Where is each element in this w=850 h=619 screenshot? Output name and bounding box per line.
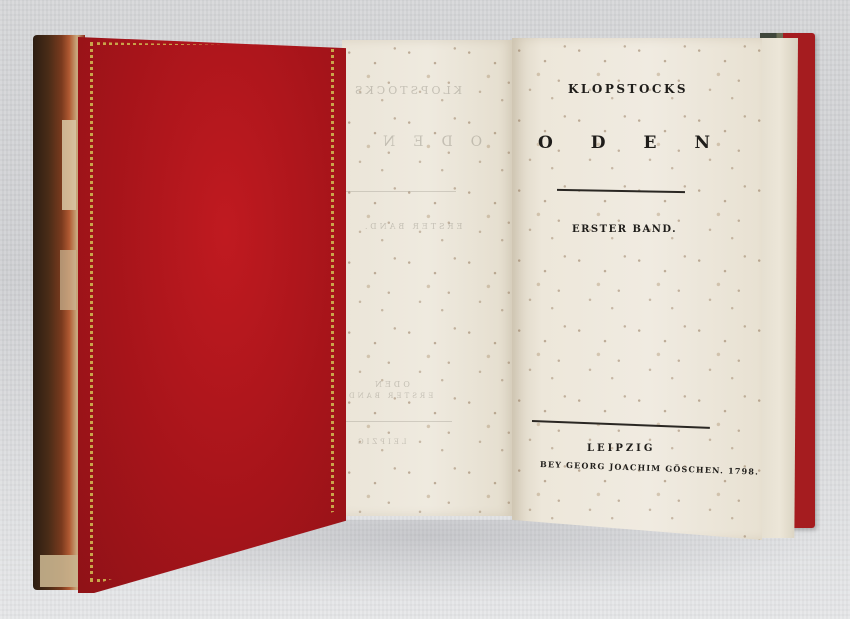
book-title: ODEN [538,133,748,153]
gilt-border [90,42,334,582]
spine-wear [60,250,76,310]
place-of-publication: LEIPZIG [587,443,655,454]
worn-spine [33,35,85,590]
showthrough-lower-b: ERSTER BAND [346,392,433,400]
showthrough-volume: ERSTER BAND. [362,222,462,231]
showthrough-author: KLOPSTOCKS [352,84,462,97]
showthrough-place: LEIPZIG [355,438,406,446]
showthrough-lower-a: ODEN [372,380,410,389]
volume-line: ERSTER BAND. [572,224,677,235]
showthrough-rule-2 [342,421,452,422]
showthrough-title: ODEN [365,134,482,150]
showthrough-rule [346,191,456,192]
author-line: KLOPSTOCKS [568,82,688,96]
spine-wear [62,120,76,210]
